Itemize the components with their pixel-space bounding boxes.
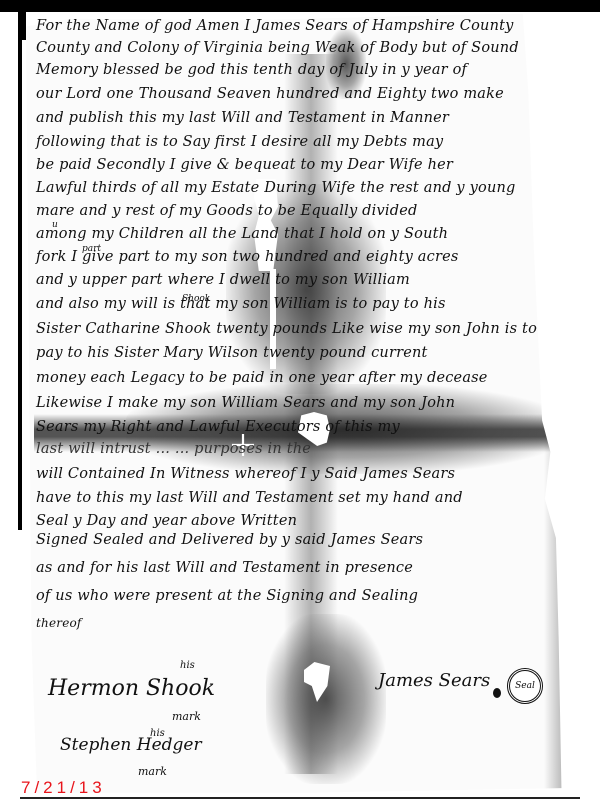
text-line: have to this my last Will and Testament …	[36, 490, 463, 506]
text-line: of us who were present at the Signing an…	[36, 588, 418, 604]
text-line: Lawful thirds of all my Estate During Wi…	[36, 180, 516, 196]
text-line: Sears my Right and Lawful Executors of t…	[36, 419, 400, 435]
scan-left-border-wedge	[18, 0, 26, 40]
text-line: as and for his last Will and Testament i…	[36, 560, 413, 576]
text-line: Seal y Day and year above Written	[36, 513, 297, 529]
text-line: last will intrust ... ... purposes in th…	[36, 441, 311, 457]
ink-dot	[493, 688, 501, 698]
text-line: and publish this my last Will and Testam…	[36, 110, 449, 126]
text-line: Memory blessed be god this tenth day of …	[36, 62, 467, 78]
interlinear-note: u	[52, 220, 58, 230]
text-line: and also my will is that my son William …	[36, 296, 446, 312]
witness-2-signature: Stephen Hedger	[60, 735, 202, 755]
text-line: mare and y rest of my Goods to be Equall…	[36, 203, 417, 219]
seal-label: Seal	[515, 681, 535, 691]
witness-2-mark: mark	[138, 765, 167, 778]
right-edge-stain	[544, 254, 578, 794]
text-line: money each Legacy to be paid in one year…	[36, 370, 488, 386]
text-line: our Lord one Thousand Seaven hundred and…	[36, 86, 504, 102]
text-line: thereof	[36, 616, 82, 630]
text-line: be paid Secondly I give & bequeat to my …	[36, 157, 453, 173]
wax-seal-icon: Seal	[507, 668, 543, 704]
text-line: For the Name of god Amen I James Sears o…	[36, 18, 514, 34]
scan-left-border	[18, 0, 22, 530]
text-line: Likewise I make my son William Sears and…	[36, 395, 455, 411]
text-line: will Contained In Witness whereof I y Sa…	[36, 466, 455, 482]
text-line: Signed Sealed and Delivered by y said Ja…	[36, 532, 423, 548]
text-line: and y upper part where I dwell to my son…	[36, 272, 410, 288]
witness-1-signature: Hermon Shook	[48, 676, 215, 701]
text-line: pay to his Sister Mary Wilson twenty pou…	[36, 345, 428, 361]
scan-top-border	[0, 0, 600, 12]
witness-1-mark: mark	[172, 710, 201, 723]
interlinear-note: Shook	[182, 294, 210, 304]
text-line: following that is to Say first I desire …	[36, 134, 443, 150]
text-line: Sister Catharine Shook twenty pounds Lik…	[36, 321, 537, 337]
interlinear-note: part	[82, 244, 101, 254]
text-line: County and Colony of Virginia being Weak…	[36, 40, 519, 56]
witness-1-his: his	[180, 660, 195, 671]
text-line: among my Children all the Land that I ho…	[36, 226, 448, 242]
date-stamp: 7/21/13	[21, 778, 106, 798]
testator-signature: James Sears	[378, 670, 490, 691]
lower-water-stain	[266, 614, 386, 784]
